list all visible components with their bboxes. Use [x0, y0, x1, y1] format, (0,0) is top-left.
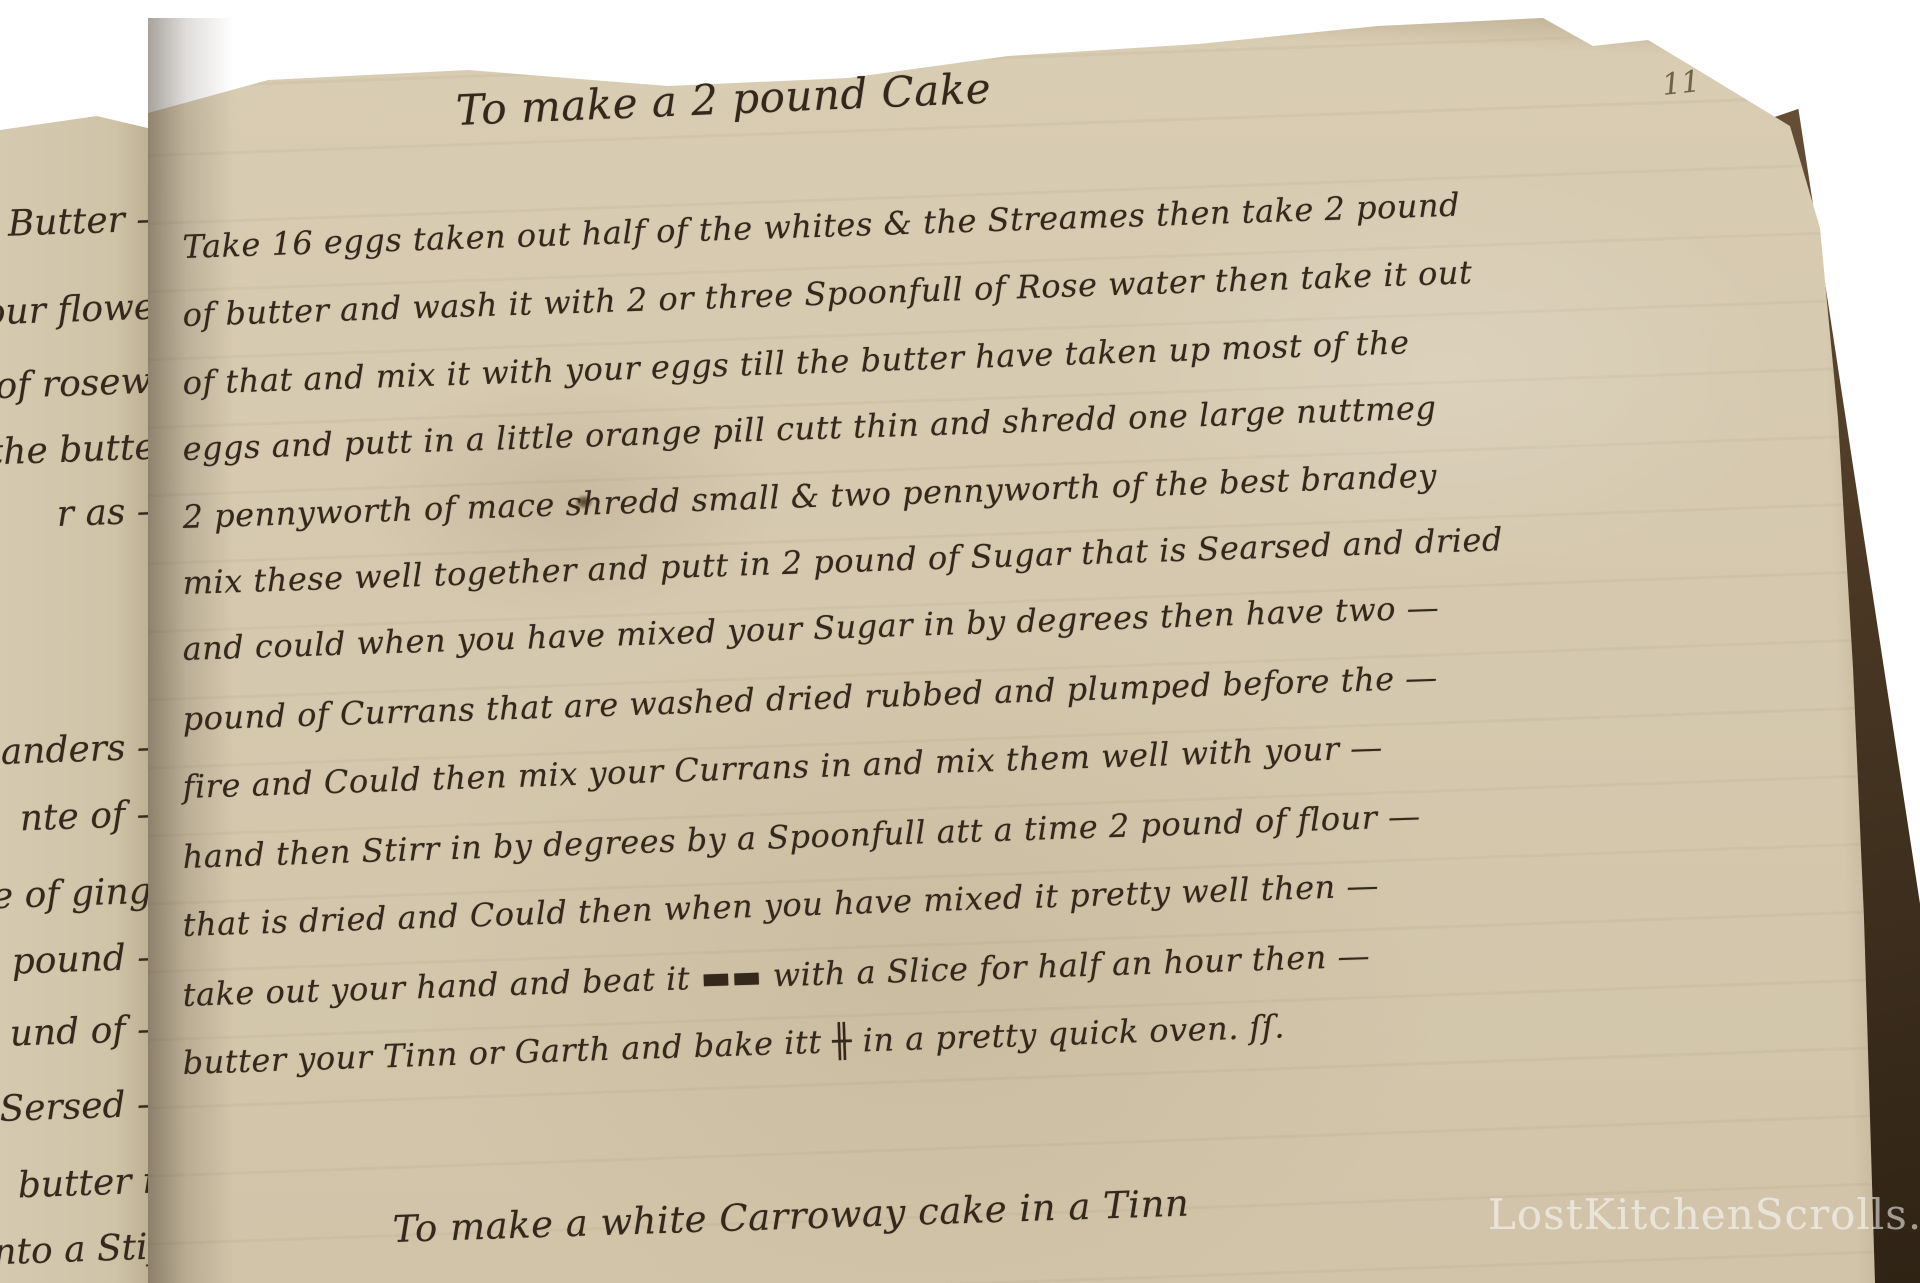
manuscript-photo: Butter — our flower h of rosewa the butt…: [0, 0, 1920, 1283]
left-page-text-fragment: our flower: [0, 286, 173, 334]
left-page-text-fragment: a pound —: [0, 936, 173, 984]
left-page-text-fragment: into a Stiff: [0, 1226, 173, 1274]
left-page-text-fragment: the butter: [0, 426, 173, 473]
left-page-text-fragment: e Sersed —: [0, 1083, 173, 1131]
watermark: LostKitchenScrolls.c: [1488, 1190, 1920, 1239]
left-page-text-fragment: e of ginge: [0, 870, 173, 917]
left-page-text-fragment: h of rosewa: [0, 360, 173, 408]
page-number: 11: [1660, 64, 1702, 103]
left-page-text-fragment: anders —: [0, 726, 173, 773]
